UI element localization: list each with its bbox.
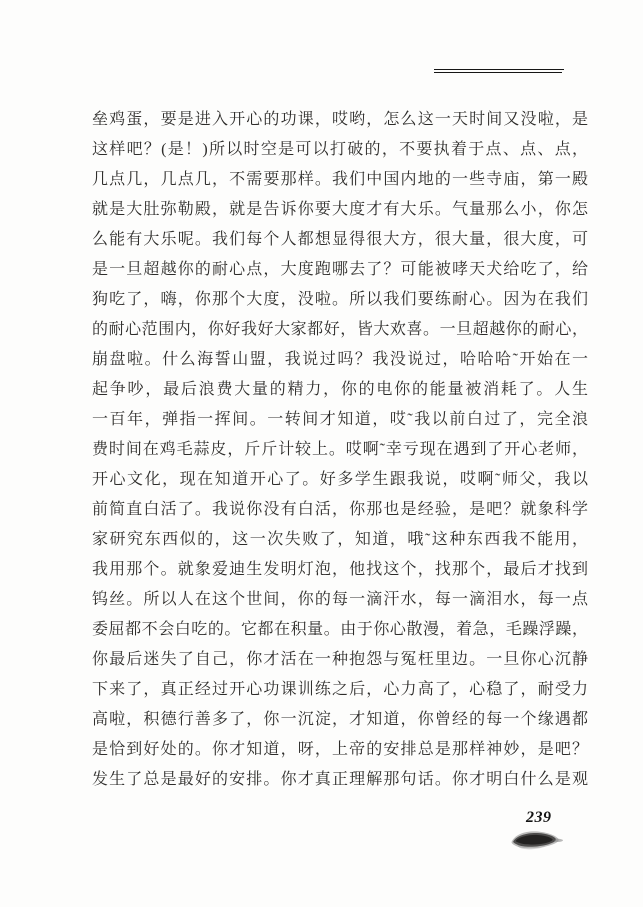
text-line: 狗吃了，嗨，你那个大度，没啦。所以我们要练耐心。因为在我们 xyxy=(92,285,588,315)
text-line: 这样吧？(是！)所以时空是可以打破的，不要执着于点、点、点， xyxy=(92,135,588,165)
rule-bottom-line xyxy=(434,72,562,73)
text-line: 起争吵，最后浪费大量的精力，你的电你的能量被消耗了。人生 xyxy=(92,375,588,405)
text-line: 一百年，弹指一挥间。一转间才知道，哎˜我以前白过了，完全浪 xyxy=(92,405,588,435)
text-line: 是恰到好处的。你才知道，呀，上帝的安排总是那样神妙，是吧？ xyxy=(92,735,588,765)
text-line: 垒鸡蛋，要是进入开心的功课，哎哟，怎么这一天时间又没啦，是 xyxy=(92,105,588,135)
text-line: 下来了，真正经过开心功课训练之后，心力高了，心稳了，耐受力 xyxy=(92,675,588,705)
text-line: 钨丝。所以人在这个世间，你的每一滴汗水，每一滴泪水，每一点 xyxy=(92,585,588,615)
text-line: 我用那个。就象爱迪生发明灯泡，他找这个，找那个，最后才找到 xyxy=(92,555,588,585)
text-line: 委屈都不会白吃的。它都在积量。由于你心散漫，着急，毛躁浮躁， xyxy=(92,615,588,645)
text-line: 几点几，几点几，不需要那样。我们中国内地的一些寺庙，第一殿 xyxy=(92,165,588,195)
text-line: 前简直白活了。我说你没有白活，你那也是经验，是吧？就象科学 xyxy=(92,495,588,525)
text-line: 么能有大乐呢。我们每个人都想显得很大方，很大量，很大度，可 xyxy=(92,225,588,255)
text-line: 费时间在鸡毛蒜皮，斤斤计较上。哎啊˜幸亏现在遇到了开心老师， xyxy=(92,435,588,465)
rule-top-line xyxy=(434,69,564,70)
text-line: 崩盘啦。什么海誓山盟，我说过吗？我没说过，哈哈哈˜开始在一 xyxy=(92,345,588,375)
body-text: 垒鸡蛋，要是进入开心的功课，哎哟，怎么这一天时间又没啦，是这样吧？(是！)所以时… xyxy=(92,105,588,795)
text-line: 高啦，积德行善多了，你一沉淀，才知道，你曾经的每一个缘遇都 xyxy=(92,705,588,735)
text-line: 就是大肚弥勒殿，就是告诉你要大度才有大乐。气量那么小，你怎 xyxy=(92,195,588,225)
text-line: 的耐心范围内，你好我好大家都好，皆大欢喜。一旦超越你的耐心， xyxy=(92,315,588,345)
page-number: 239 xyxy=(526,809,552,827)
text-line: 开心文化，现在知道开心了。好多学生跟我说，哎啊˜师父，我以 xyxy=(92,465,588,495)
text-line: 是一旦超越你的耐心点，大度跑哪去了？可能被哮天犬给吃了，给 xyxy=(92,255,588,285)
text-line: 你最后迷失了自己，你才活在一种抱怨与冤枉里边。一旦你心沉静 xyxy=(92,645,588,675)
book-page: 垒鸡蛋，要是进入开心的功课，哎哟，怎么这一天时间又没啦，是这样吧？(是！)所以时… xyxy=(0,0,643,907)
header-double-rule xyxy=(434,69,564,73)
text-line: 发生了总是最好的安排。你才真正理解那句话。你才明白什么是观 xyxy=(92,765,588,795)
ink-brush-decoration xyxy=(509,828,565,854)
text-line: 家研究东西似的，这一次失败了，知道，哦˜这种东西我不能用， xyxy=(92,525,588,555)
